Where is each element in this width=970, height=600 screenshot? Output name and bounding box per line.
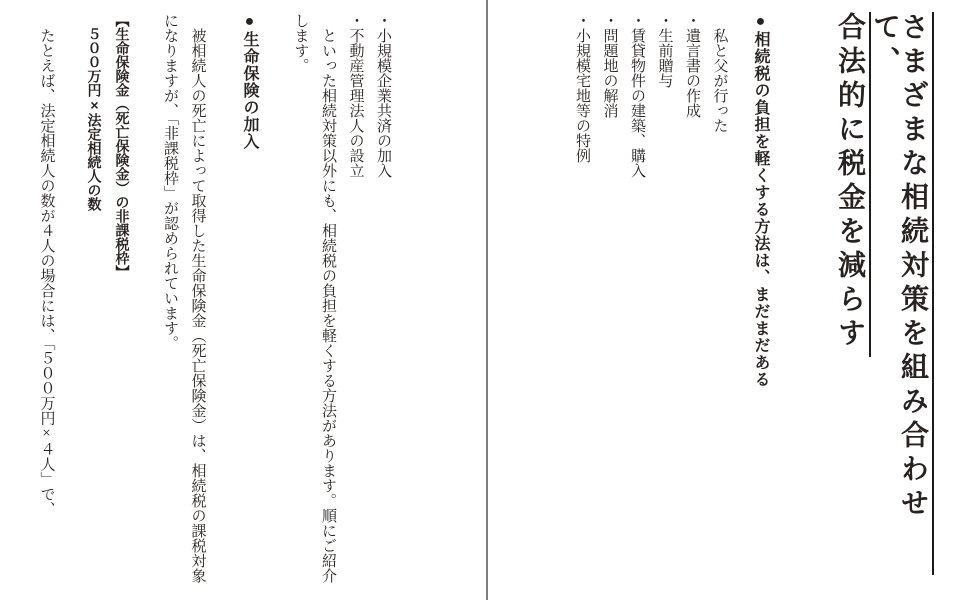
main-title-line-1: さまざまな相続対策を組み合わせて、 <box>871 12 934 575</box>
list-item: ・問題地の解消 <box>595 13 623 592</box>
right-page: さまざまな相続対策を組み合わせて、 合法的に税金を減らす ●相続税の負担を軽くす… <box>488 0 970 600</box>
left-page: ・小規模企業共済の加入 ・不動産管理法人の設立 といった相続対策以外にも、相続税… <box>0 0 486 600</box>
main-title-line-2: 合法的に税金を減らす <box>836 12 871 357</box>
paragraph-example: たとえば、法定相続人の数が４人の場合には、「５００万円×４人」で、 <box>32 13 60 592</box>
list-item: ・賃貸物件の建築、購入 <box>623 13 651 592</box>
list-item: ・遺言書の作成 <box>678 13 706 592</box>
book-spread: さまざまな相続対策を組み合わせて、 合法的に税金を減らす ●相続税の負担を軽くす… <box>0 0 970 600</box>
formula-box: 【生命保険金（死亡保険金）の非課税枠】 ５００万円×法定相続人の数 <box>81 13 137 592</box>
bullet-list-other-measures: ・小規模企業共済の加入 ・不動産管理法人の設立 <box>341 13 396 592</box>
formula-box-title: 【生命保険金（死亡保険金）の非課税枠】 <box>109 13 137 592</box>
list-item: ・小規模宅地等の特例 <box>568 13 596 592</box>
formula-text: ５００万円×法定相続人の数 <box>81 13 109 592</box>
page-divider <box>486 0 488 600</box>
paragraph-insurance: 被相続人の死亡によって取得した生命保険金（死亡保険金）は、相続税の課税対象になり… <box>156 13 211 592</box>
list-item: ・小規模企業共済の加入 <box>369 13 397 592</box>
paragraph-intro: 私と父が行った <box>705 13 733 592</box>
list-item: ・不動産管理法人の設立 <box>341 13 369 592</box>
list-item: ・生前贈与 <box>650 13 678 592</box>
section-heading-life-insurance: ●生命保険の加入 <box>236 13 264 592</box>
paragraph-transition: といった相続対策以外にも、相続税の負担を軽くする方法があります。順にご紹介します… <box>286 13 341 592</box>
bullet-list-done-measures: ・遺言書の作成 ・生前贈与 ・賃貸物件の建築、購入 ・問題地の解消 ・小規模宅地… <box>568 13 706 592</box>
section-heading-tax-reduction: ●相続税の負担を軽くする方法は、まだまだある <box>747 13 775 592</box>
